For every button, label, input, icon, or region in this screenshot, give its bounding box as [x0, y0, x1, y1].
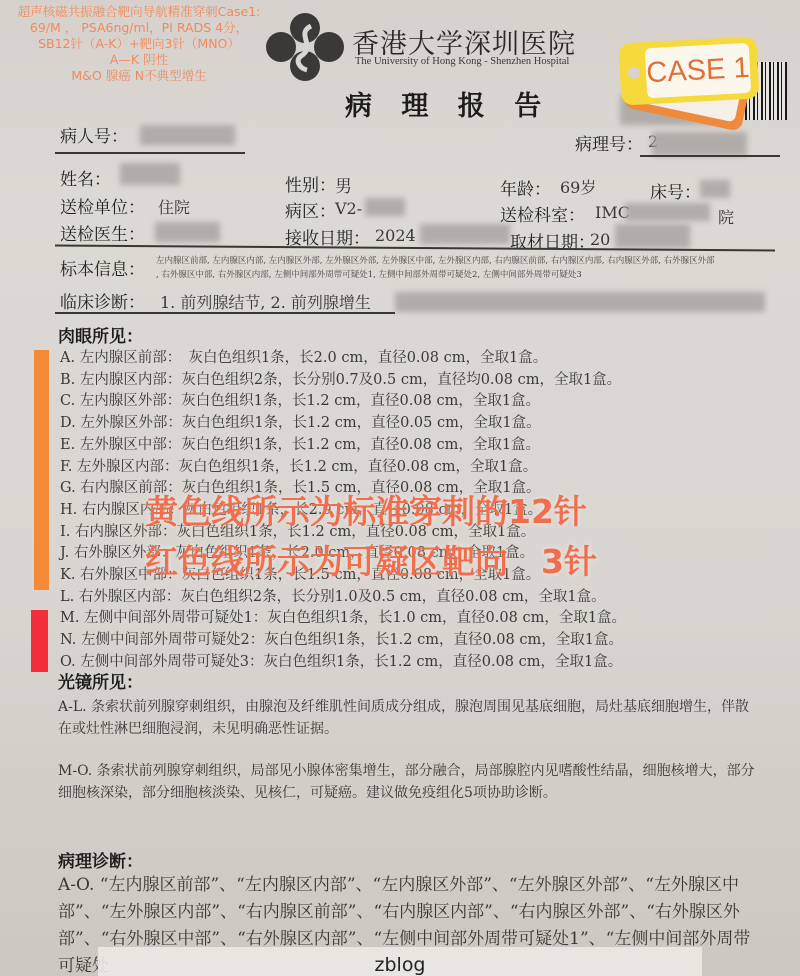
specimen-line2: , 右外腺区中部, 右外腺区内部, 左侧中间部外周带可疑处1, 左侧中间部外周带… [156, 268, 582, 282]
doctor-redacted [155, 222, 220, 242]
microscopy-p1: A-L. 条索状前列腺穿刺组织，由腺泡及纤维肌性间质成分组成，腺泡周围见基底细胞… [58, 696, 758, 740]
divider [640, 155, 780, 157]
gross-row-d: D. 左外腺区外部：灰白色组织1条，长1.2 cm，直径0.05 cm，全取1盒… [60, 413, 626, 435]
overlay-standard-note: 黄色线所示为标准穿刺的12针 [145, 486, 587, 533]
case-tag-label: CASE 1 [646, 51, 751, 89]
microscopy-p2: M-O. 条索状前列腺穿刺组织，局部见小腺体密集增生，部分融合，局部腺腔内见嗜酸… [58, 760, 758, 804]
name-label: 姓名： [60, 165, 111, 190]
bed-label: 床号： [650, 178, 701, 203]
gross-row-c: C. 左内腺区外部：灰白色组织1条，长1.2 cm，直径0.08 cm，全取1盒… [60, 391, 626, 413]
pathology-diagnosis-heading: 病理诊断： [58, 847, 143, 872]
watermark-text: zblog [375, 954, 426, 976]
pathology-no-redacted [652, 132, 747, 156]
gross-row-m: M. 左侧中间部外周带可疑处1：灰白色组织1条，长1.0 cm，直径0.08 c… [60, 608, 626, 630]
age-label: 年龄： [500, 175, 551, 200]
sampled-redacted [615, 224, 690, 248]
clinical-diagnosis-label: 临床诊断： [60, 288, 145, 313]
dept-value-tail: 院 [718, 205, 734, 228]
gross-row-l: L. 右外腺区内部：灰白色组织2条，长分别1.0及0.5 cm，直径0.08 c… [60, 587, 626, 609]
gross-row-n: N. 左侧中间部外周带可疑处2：灰白色组织1条，长1.2 cm，直径0.08 c… [60, 630, 626, 652]
annotation-line: 超声核磁共振融合靶向导航精准穿刺Case1: [4, 4, 274, 20]
gross-row-f: F. 左外腺区内部：灰白色组织1条，长1.2 cm，直径0.08 cm，全取1盒… [60, 457, 626, 479]
tag-hole-icon [628, 67, 641, 80]
microscopy-heading: 光镜所见： [58, 668, 143, 693]
received-value: 2024 [375, 226, 416, 245]
sampled-value: 20 [590, 230, 610, 249]
patient-no-redacted [140, 125, 235, 145]
age-value: 69岁 [560, 175, 596, 198]
bed-redacted [700, 180, 730, 198]
standard-biopsy-bar [34, 350, 49, 590]
case-tag: CASE 1 [618, 36, 759, 105]
overlay-targeted-note: 红色线所示为可疑区靶向 3针 [145, 536, 597, 583]
ward-value: V2- [335, 199, 362, 218]
received-redacted [420, 224, 510, 244]
clinical-diagnosis-value: 1. 前列腺结节, 2. 前列腺增生 [160, 290, 371, 313]
hospital-logo-icon [265, 12, 345, 82]
ward-redacted [365, 198, 405, 216]
dept-redacted [625, 203, 710, 221]
hospital-name-en: The University of Hong Kong - Shenzhen H… [355, 56, 569, 67]
dept-label: 送检科室： [500, 201, 585, 226]
gross-row-e: E. 左外腺区中部：灰白色组织1条，长1.2 cm，直径0.08 cm，全取1盒… [60, 435, 626, 457]
gross-row-o: O. 左侧中间部外周带可疑处3：灰白色组织1条，长1.2 cm，直径0.08 c… [60, 652, 626, 674]
gross-row-b: B. 左内腺区内部：灰白色组织2条，长分别0.7及0.5 cm，直径均0.08 … [60, 370, 626, 392]
divider [55, 312, 395, 314]
gross-heading: 肉眼所见： [58, 322, 143, 347]
gender-value: 男 [335, 172, 352, 197]
pathology-no-label: 病理号： [575, 130, 643, 155]
page-title: 病 理 报 告 [345, 84, 551, 123]
ward-label: 病区： [285, 197, 336, 222]
annotation-line: 69/M ， PSA6ng/ml，PI RADS 4分， [4, 20, 274, 36]
patient-no-label: 病人号： [60, 122, 128, 147]
divider [55, 152, 245, 154]
doctor-label: 送检医生： [60, 220, 145, 245]
gender-label: 性别： [285, 171, 336, 196]
clinical-diagnosis-redacted [395, 292, 765, 312]
annotation-line: A—K 阴性 [4, 52, 274, 68]
targeted-biopsy-bar [31, 610, 48, 672]
name-redacted [120, 163, 180, 185]
case-annotation: 超声核磁共振融合靶向导航精准穿刺Case1: 69/M ， PSA6ng/ml，… [4, 4, 274, 84]
unit-label: 送检单位： [60, 193, 145, 218]
gross-row-a: A. 左内腺区前部： 灰白色组织1条，长2.0 cm，直径0.08 cm，全取1… [60, 348, 626, 370]
specimen-label: 标本信息： [60, 255, 145, 280]
unit-value: 住院 [158, 195, 190, 218]
annotation-line: SB12针（A-K）+靶向3针（MNO） [4, 36, 274, 52]
specimen-line1: 左内腺区前部, 左内腺区内部, 左内腺区外部, 左外腺区外部, 左外腺区中部, … [156, 254, 715, 268]
watermark: zblog [98, 947, 702, 976]
annotation-line: M&O 腺癌 N不典型增生 [4, 68, 274, 84]
